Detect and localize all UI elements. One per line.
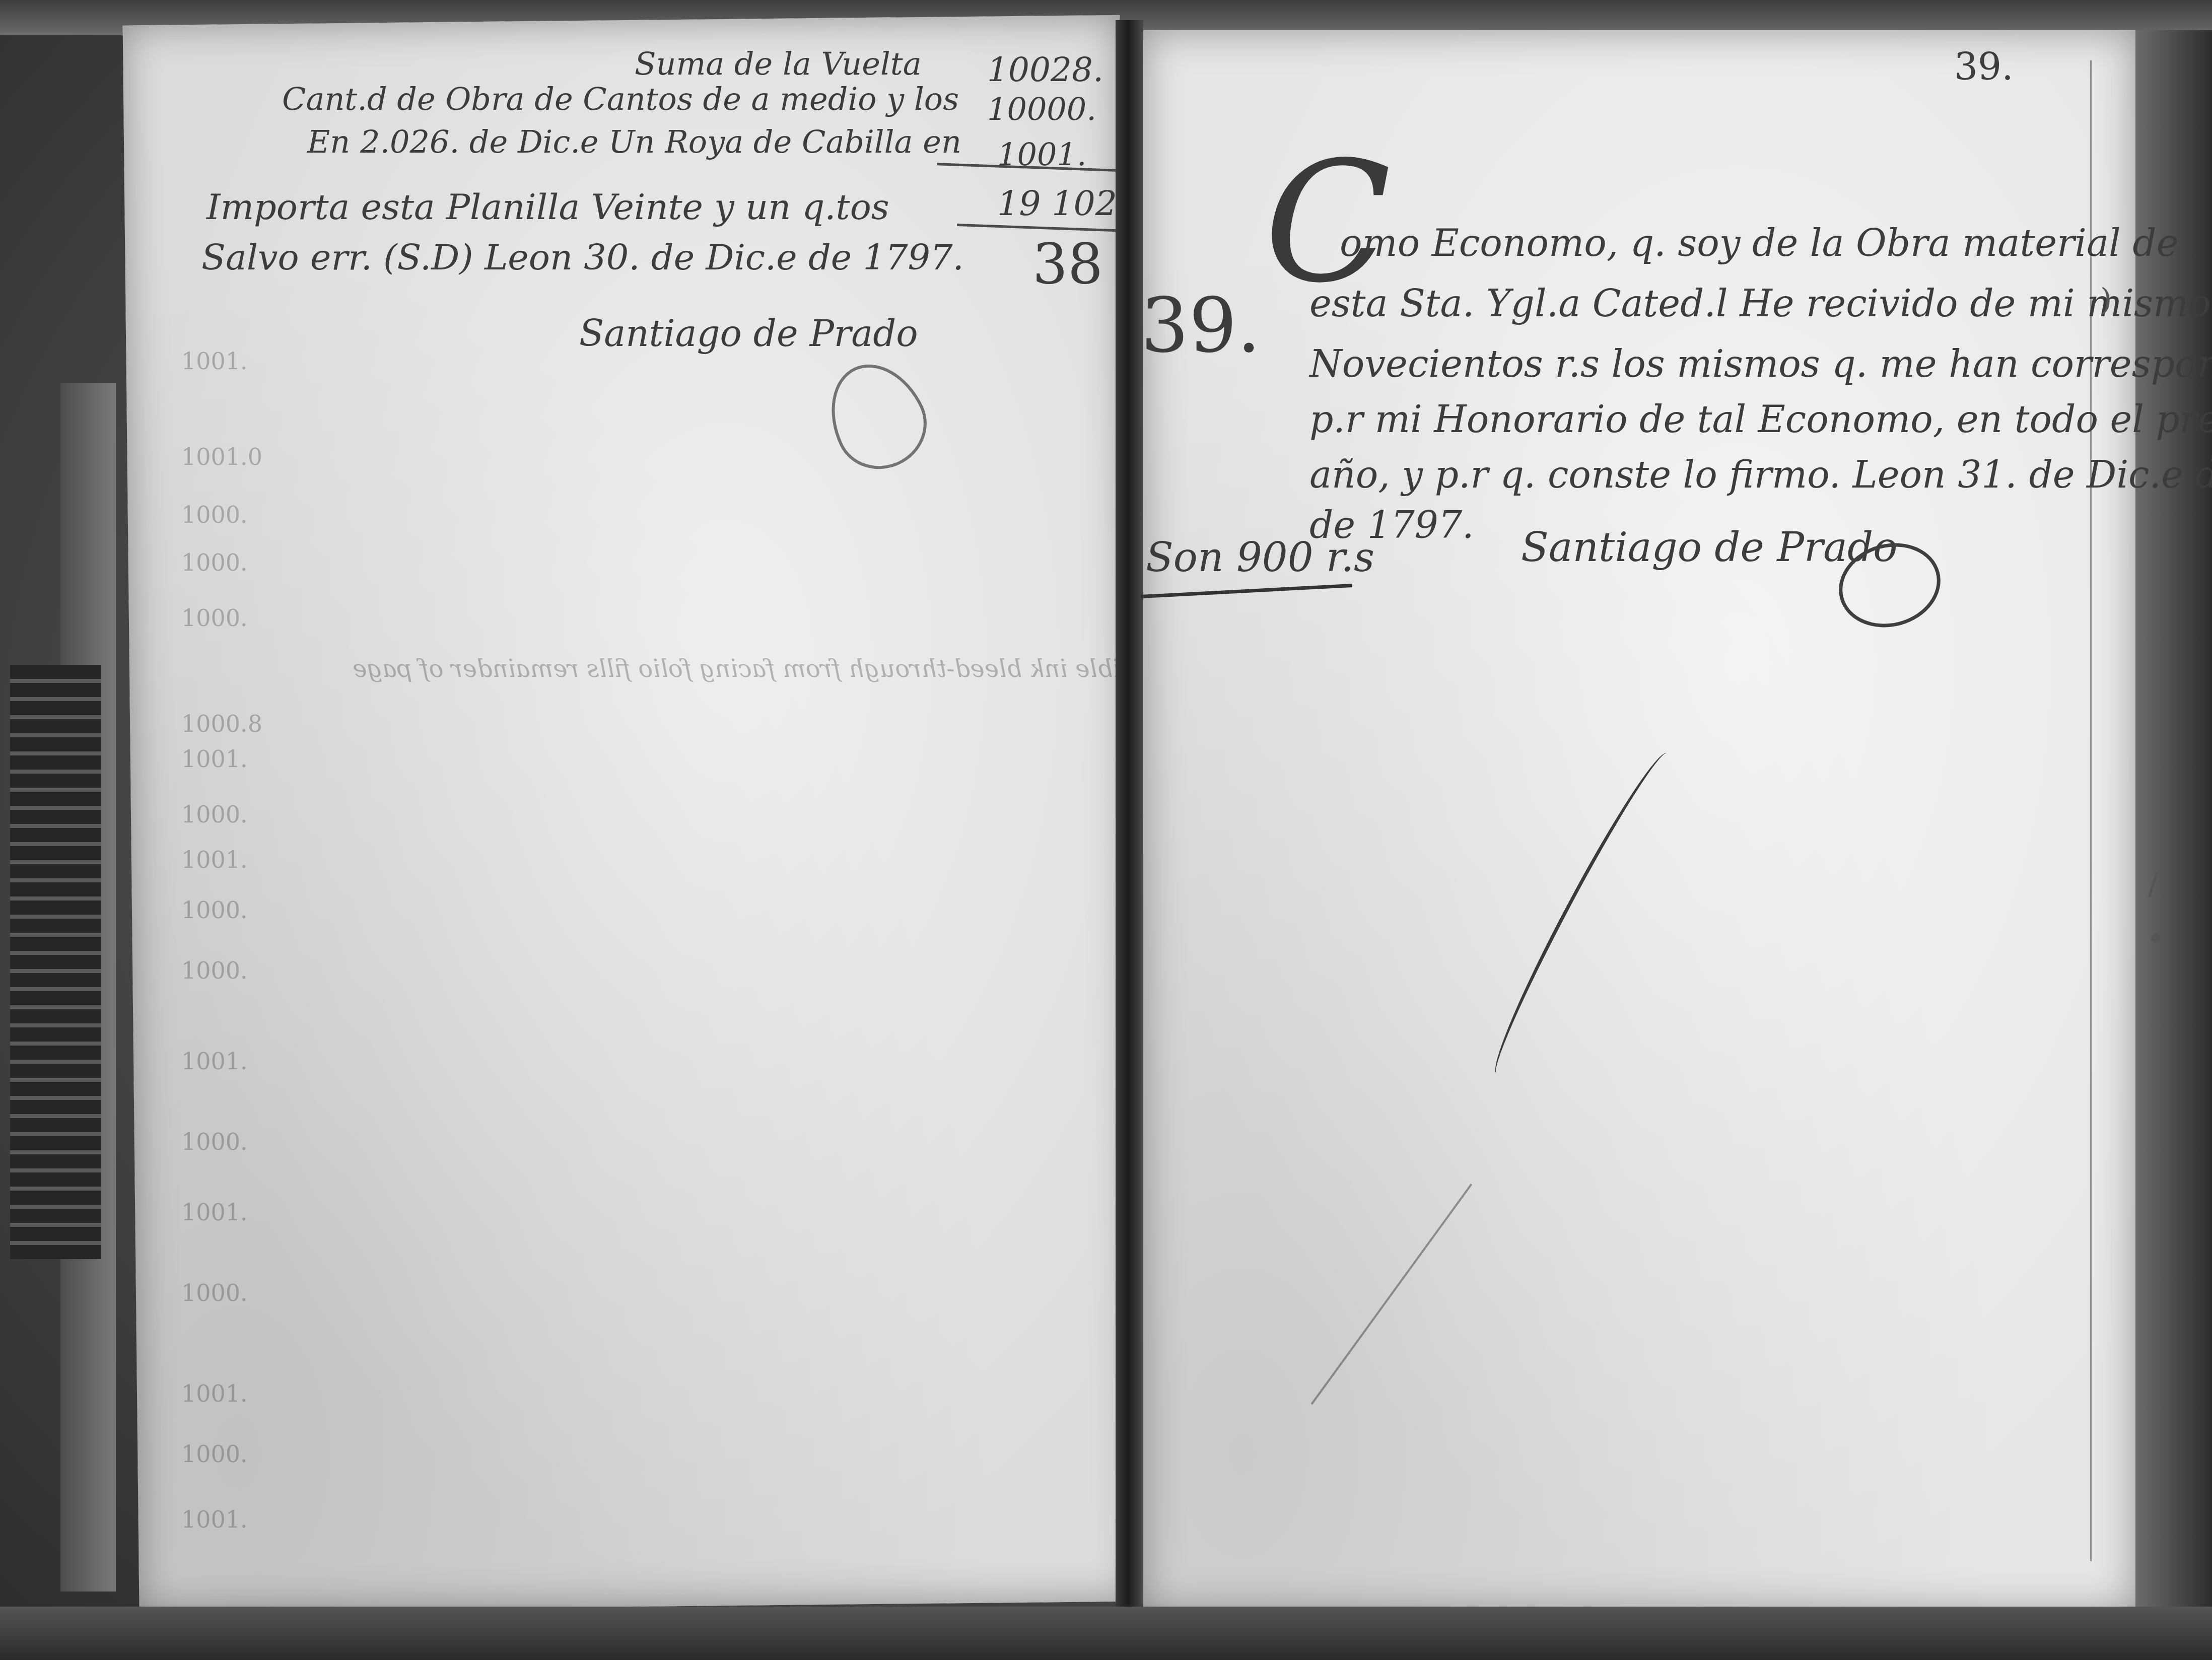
amount-cell: 1000. [181,604,248,632]
amount-cell: 1000. [181,896,248,924]
marginal-amount: Son 900 r.s [1146,534,1374,581]
amount-cell: 1000. [181,801,248,828]
amount-cell: 1001.0 [181,443,262,470]
entry-number: 39. [1141,282,1261,370]
film-bottom-edge [0,1607,2212,1660]
left-date-line: Salvo err. (S.D) Leon 30. de Dic.e de 17… [201,237,964,278]
left-folio-mark: 38 [1032,232,1103,296]
left-sum-value: 10028. [987,50,1103,89]
amount-cell: 1001. [181,1199,248,1226]
entry-line-3: Novecientos r.s los mismos q. me han cor… [1309,342,2212,386]
left-entry-line-1: Cant.d de Obra de Cantos de a medio y lo… [282,81,959,117]
entry-line-1: omo Economo, q. soy de la Obra material … [1340,222,2178,265]
amount-cell: 1000. [181,957,248,984]
entry-line-2: esta Sta. Ygl.a Cated.l He recivido de m… [1309,282,2212,325]
amount-cell: 1001. [181,1380,248,1407]
amount-cell: 1000.8 [181,710,262,737]
right-folio-number: 39. [1954,45,2014,89]
book-edge-right [2135,30,2212,1660]
amount-cell: 1000. [181,549,248,576]
amount-cell: 1000. [181,501,248,528]
amount-cell: 1001. [181,1506,248,1533]
amount-cell: 1000. [181,1128,248,1155]
amount-cell: 1000. [181,1440,248,1468]
entry-line-5: año, y p.r q. conste lo firmo. Leon 31. … [1309,453,2212,497]
entry-line-4: p.r mi Honorario de tal Economo, en todo… [1309,398,2212,441]
spine-ruler [10,665,101,1259]
left-import-line: Importa esta Planilla Veinte y un q.tos [206,186,889,228]
amount-cell: 1001. [181,745,248,773]
book-gutter [1116,20,1143,1647]
left-entry-value-1: 10000. [987,91,1096,127]
right-signature: Santiago de Prado [1521,524,1897,571]
margin-mark: ) [2100,282,2112,317]
left-sum-label: Suma de la Vuelta [635,45,922,82]
left-signature: Santiago de Prado [579,312,918,355]
left-entry-line-2: En 2.026. de Dic.e Un Roya de Cabilla en [307,123,961,160]
amount-cell: 1001. [181,1048,248,1075]
margin-mark: • [2147,922,2164,957]
amount-cell: 1000. [181,1279,248,1306]
amount-cell: 1001. [181,846,248,873]
amount-cell: 1001. [181,348,248,375]
margin-mark: / [2148,866,2158,902]
